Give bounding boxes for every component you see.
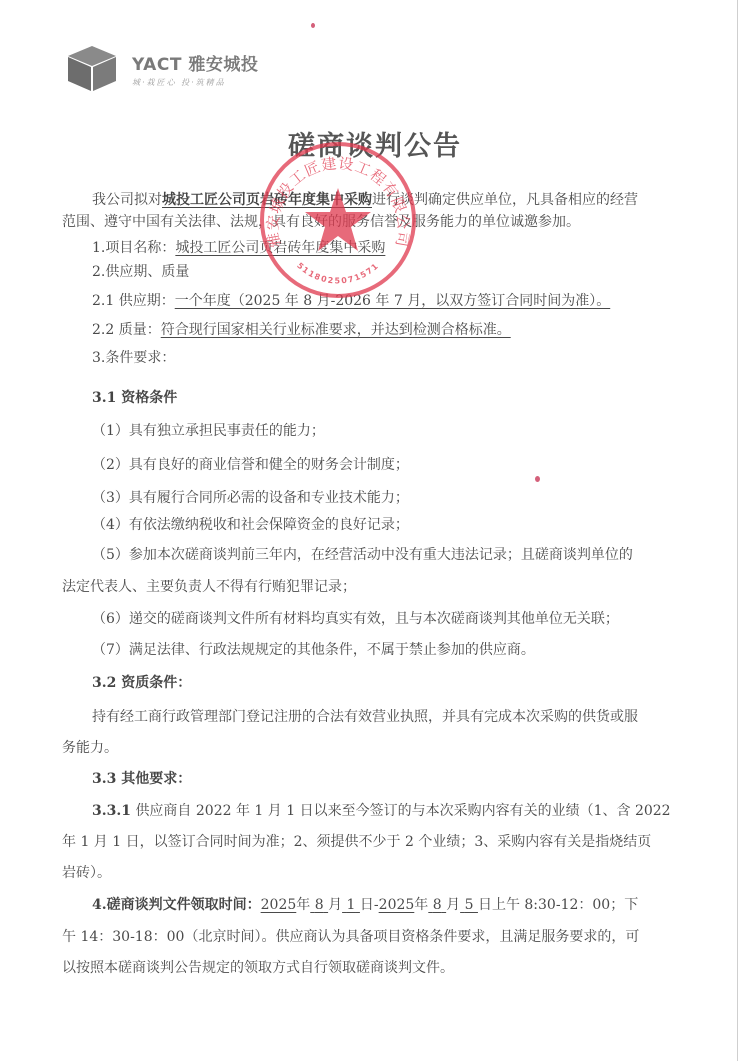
svg-text:5118025071571: 5118025071571: [295, 261, 381, 286]
month-unit: 月: [446, 897, 460, 913]
section1-value: 城投工匠公司页岩砖年度集中采购: [175, 240, 385, 256]
section3-3-1-line-3: 岩砖）。: [62, 863, 111, 883]
intro-project-name: 城投工匠公司页岩砖年度集中采购: [162, 192, 372, 208]
intro-line-1: 我公司拟对城投工匠公司页岩砖年度集中采购进行谈判确定供应单位，凡具备相应的经营: [92, 190, 638, 210]
section2-2: 2.2 质量：符合现行国家相关行业标准要求，并达到检测合格标准。: [92, 320, 511, 340]
company-logo: YACT 雅安城投 城·栽匠心 投·筑精品: [66, 44, 258, 92]
section2-heading: 2.供应期、质量: [92, 262, 189, 282]
end-year: 2025: [379, 897, 415, 913]
start-day: 1: [347, 897, 356, 913]
section3-3-heading: 3.3 其他要求：: [92, 769, 191, 789]
start-month: 8: [315, 897, 324, 913]
day-unit: 日-: [360, 897, 379, 913]
ink-speck: [311, 23, 315, 28]
qualification-item-2: （2）具有良好的商业信誉和健全的财务会计制度；: [92, 455, 409, 475]
intro-prefix: 我公司拟对: [92, 192, 162, 208]
qualification-item-4: （4）有依法缴纳税收和社会保障资金的良好记录；: [92, 515, 409, 535]
ink-speck: [535, 476, 540, 482]
intro-suffix: 进行谈判确定供应单位，凡具备相应的经营: [372, 192, 638, 208]
qualification-item-3: （3）具有履行合同所必需的设备和专业技术能力；: [92, 488, 409, 508]
quality-value: 符合现行国家相关行业标准要求，并达到检测合格标准。: [161, 322, 511, 338]
section4-line-2: 午 14：30-18：00（北京时间）。供应商认为具备项目资格条件要求，且满足服…: [62, 927, 639, 947]
start-year: 2025: [261, 897, 297, 913]
section3-2-line-2: 务能力。: [62, 738, 118, 758]
supply-period-label: 2.1 供应期：: [92, 293, 175, 309]
section3-2-line-1: 持有经工商行政管理部门登记注册的合法有效营业执照，并具有完成本次采购的供货或服: [92, 707, 638, 727]
section4-line-3: 以按照本磋商谈判公告规定的领取方式自行领取磋商谈判文件。: [62, 958, 454, 978]
intro-line-2: 范围、遵守中国有关法律、法规，具有良好的服务信誉及服务能力的单位诚邀参加。: [62, 212, 580, 232]
section3-2-heading: 3.2 资质条件：: [92, 673, 191, 693]
section2-1: 2.1 供应期：一个年度（2025 年 8 月-2026 年 7 月，以双方签订…: [92, 291, 610, 311]
logo-slogan: 城·栽匠心 投·筑精品: [132, 77, 258, 88]
year-unit: 年: [296, 897, 310, 913]
quality-label: 2.2 质量：: [92, 322, 161, 338]
month-unit: 月: [328, 897, 342, 913]
end-day: 5: [465, 897, 474, 913]
section3-3-1-label: 3.3.1: [92, 803, 131, 819]
supply-period-value: 一个年度（2025 年 8 月-2026 年 7 月，以双方签订合同时间为准）。: [175, 293, 611, 309]
section3-3-1-line-2: 年 1 月 1 日，以签订合同时间为准；2、须提供不少于 2 个业绩；3、采购内…: [62, 832, 651, 852]
section1-label: 1.项目名称：: [92, 240, 175, 256]
section4-label: 4.磋商谈判文件领取时间：: [92, 897, 261, 913]
qualification-item-7: （7）满足法律、行政法规规定的其他条件，不属于禁止参加的供应商。: [92, 640, 535, 660]
document-page: YACT 雅安城投 城·栽匠心 投·筑精品 磋商谈判公告 我公司拟对城投工匠公司…: [0, 0, 750, 1061]
qualification-item-6: （6）递交的磋商谈判文件所有材料均真实有效，且与本次磋商谈判其他单位无关联；: [92, 609, 619, 629]
section4-line-1: 4.磋商谈判文件领取时间：2025年 8 月 1 日-2025年 8 月 5 日…: [92, 895, 638, 915]
logo-brand: YACT 雅安城投: [132, 50, 258, 75]
year-unit: 年: [414, 897, 428, 913]
page-title: 磋商谈判公告: [0, 124, 750, 163]
section3-1-heading: 3.1 资格条件: [92, 388, 177, 408]
section1: 1.项目名称：城投工匠公司页岩砖年度集中采购: [92, 238, 385, 258]
section3-3-1-line-1: 3.3.1 供应商自 2022 年 1 月 1 日以来至今签订的与本次采购内容有…: [92, 801, 671, 821]
section3-heading: 3.条件要求：: [92, 348, 175, 368]
end-month: 8: [433, 897, 442, 913]
qualification-item-5: （5）参加本次磋商谈判前三年内，在经营活动中没有重大违法记录；且磋商谈判单位的: [92, 545, 633, 565]
qualification-item-1: （1）具有独立承担民事责任的能力；: [92, 421, 325, 441]
cube-logo-icon: [66, 44, 118, 92]
time-range: 日上午 8:30-12：00；下: [478, 897, 638, 913]
section3-3-1-text: 供应商自 2022 年 1 月 1 日以来至今签订的与本次采购内容有关的业绩（1…: [135, 803, 670, 819]
qualification-item-5-cont: 法定代表人、主要负责人不得有行贿犯罪记录；: [62, 577, 356, 597]
